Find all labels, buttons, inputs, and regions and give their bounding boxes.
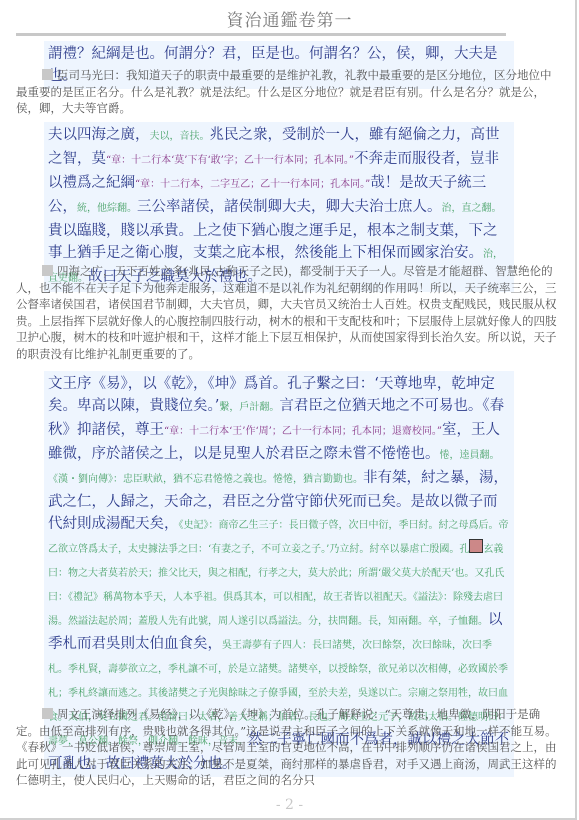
- page-number: - 2 -: [0, 797, 579, 813]
- paragraph-marker-icon: [42, 265, 53, 276]
- original-text: 夫以四海之廣，: [48, 127, 150, 143]
- original-text: 貴以臨賤，賤以承貴。上之使下猶心腹之運手足，根本之制支葉，下之事上猶手足之衛心腹…: [48, 223, 498, 261]
- annotation-note: 統，他綜翻。: [77, 203, 137, 214]
- missing-glyph-icon: [469, 539, 483, 553]
- annotation-note: 玄義曰：物之大者莫若於天；推父比天，與之相配，行孝之大，莫大於此；所謂‘嚴父莫大…: [48, 544, 504, 627]
- paragraph-marker-icon: [42, 708, 53, 719]
- translation-text: 臣司马光曰：我知道天子的职责中最重要的是维护礼教，礼教中最重要的是区分地位，区分…: [16, 68, 552, 115]
- annotation-note: “章：十二行本‘王’作‘周’；乙十一行本同；孔本同；退齋校同。”: [164, 426, 442, 437]
- translation-text: 周文王演绎排列《易经》，以《乾》，《坤》为首位。孔子解释说：“天尊贵，地卑微，阴…: [16, 707, 557, 787]
- translation-block-1: 臣司马光曰：我知道天子的职责中最重要的是维护礼教，礼教中最重要的是区分地位，区分…: [16, 67, 561, 117]
- translation-block-3: 周文王演绎排列《易经》，以《乾》，《坤》为首位。孔子解释说：“天尊贵，地卑微，阴…: [16, 706, 561, 789]
- annotation-note: “章：十二行本，二字互乙；乙十一行本同；孔本同。”: [135, 179, 370, 190]
- document-page: 資治通鑑卷第一 謂禮？紀綱是也。何謂分？君，臣是也。何謂名？公，侯，卿，大夫是也…: [0, 0, 577, 820]
- annotation-note: 治，直之翻。: [442, 203, 502, 214]
- translation-block-2: 四海之广，天下百姓之多(兆民,古称天子之民)，都受制于天子一人。尽管是才能超群、…: [16, 263, 561, 362]
- original-text: 三公率諸侯，諸侯制卿大夫，卿大夫治士庶人。: [137, 199, 442, 215]
- translation-text: 四海之广，天下百姓之多(兆民,古称天子之民)，都受制于天子一人。尽管是才能超群、…: [16, 264, 557, 361]
- annotation-note: 繫，戶計翻。: [219, 402, 279, 413]
- annotation-note: 夫以，音扶。: [150, 131, 210, 142]
- title-divider: [16, 33, 506, 36]
- annotation-note: “章：十二行本‘莫’下有‘敢’字；乙十一行本同；孔本同。”: [106, 155, 354, 166]
- page-title: 資治通鑑卷第一: [0, 6, 579, 31]
- paragraph-marker-icon: [42, 69, 53, 80]
